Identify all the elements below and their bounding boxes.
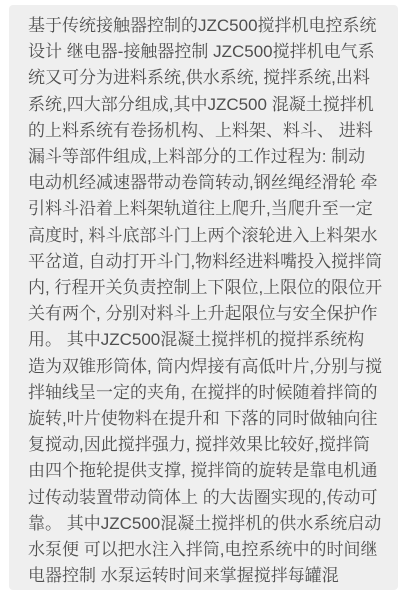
article-card: 基于传统接触器控制的JZC500搅拌机电控系统 设计 继电器-接触器控制 JZC… [9, 5, 398, 590]
page-background: 基于传统接触器控制的JZC500搅拌机电控系统 设计 继电器-接触器控制 JZC… [0, 0, 400, 600]
article-body-text: 基于传统接触器控制的JZC500搅拌机电控系统 设计 继电器-接触器控制 JZC… [28, 13, 392, 589]
